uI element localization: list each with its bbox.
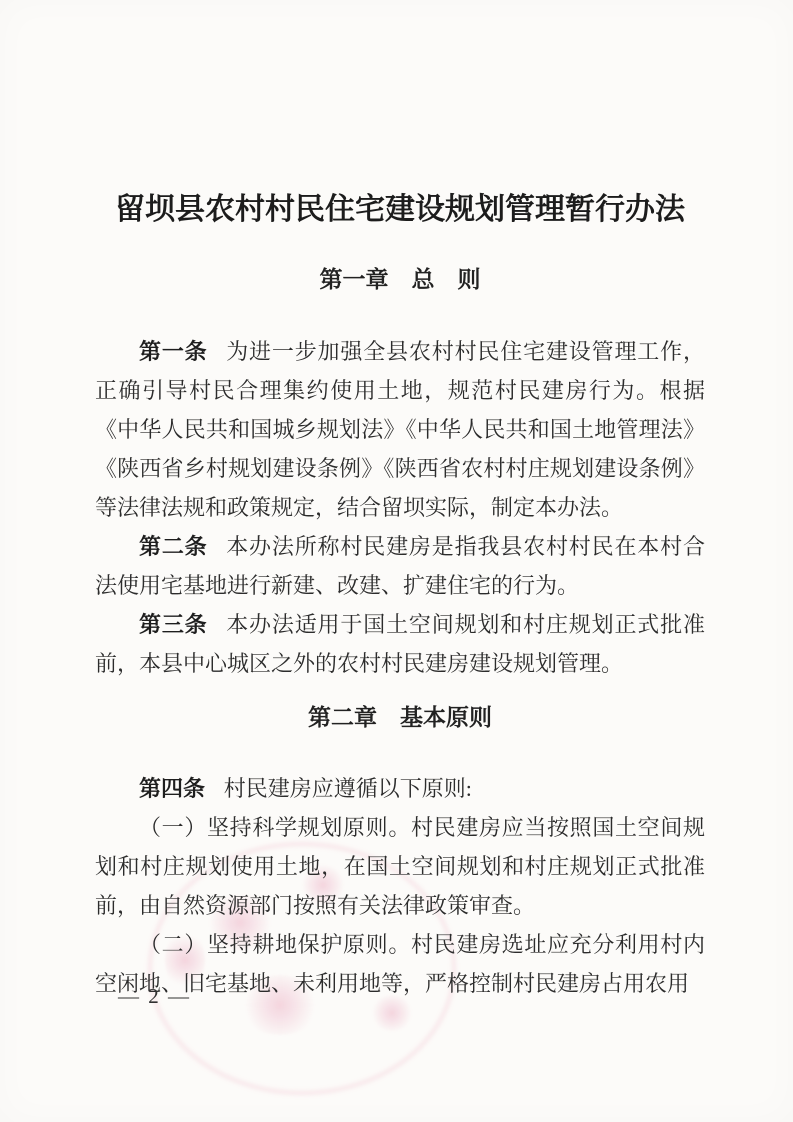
principle-1-paragraph: （一）坚持科学规划原则。村民建房应当按照国土空间规划和村庄规划使用土地，在国土空…	[95, 808, 705, 925]
article-3-label: 第三条	[139, 612, 208, 637]
article-1-label: 第一条	[139, 339, 208, 364]
article-4-text: 村民建房应遵循以下原则:	[224, 776, 472, 801]
page-number: — 2 —	[118, 984, 191, 1009]
article-4-label: 第四条	[139, 776, 205, 801]
chapter-2: 第二章 基本原则 第四条村民建房应遵循以下原则: （一）坚持科学规划原则。村民建…	[95, 702, 705, 1003]
chapter-2-heading: 第二章 基本原则	[95, 702, 705, 732]
scanned-document-page: 留坝县农村村民住宅建设规划管理暂行办法 第一章 总 则 第一条为进一步加强全县农…	[0, 0, 793, 1122]
chapter-1: 第一章 总 则 第一条为进一步加强全县农村村民住宅建设管理工作，正确引导村民合理…	[95, 264, 705, 683]
article-3-paragraph: 第三条本办法适用于国土空间规划和村庄规划正式批准前，本县中心城区之外的农村村民建…	[95, 605, 705, 683]
article-1-text: 为进一步加强全县农村村民住宅建设管理工作，正确引导村民合理集约使用土地，规范村民…	[95, 339, 705, 520]
article-2-paragraph: 第二条本办法所称村民建房是指我县农村村民在本村合法使用宅基地进行新建、改建、扩建…	[95, 527, 705, 605]
article-2-label: 第二条	[139, 534, 208, 559]
article-4-paragraph: 第四条村民建房应遵循以下原则:	[95, 769, 705, 808]
document-body: 留坝县农村村民住宅建设规划管理暂行办法 第一章 总 则 第一条为进一步加强全县农…	[95, 188, 705, 1003]
document-title: 留坝县农村村民住宅建设规划管理暂行办法	[95, 188, 705, 232]
chapter-1-heading: 第一章 总 则	[95, 264, 705, 294]
article-1-paragraph: 第一条为进一步加强全县农村村民住宅建设管理工作，正确引导村民合理集约使用土地，规…	[95, 332, 705, 527]
principle-1-text: （一）坚持科学规划原则。村民建房应当按照国土空间规划和村庄规划使用土地，在国土空…	[95, 815, 705, 918]
